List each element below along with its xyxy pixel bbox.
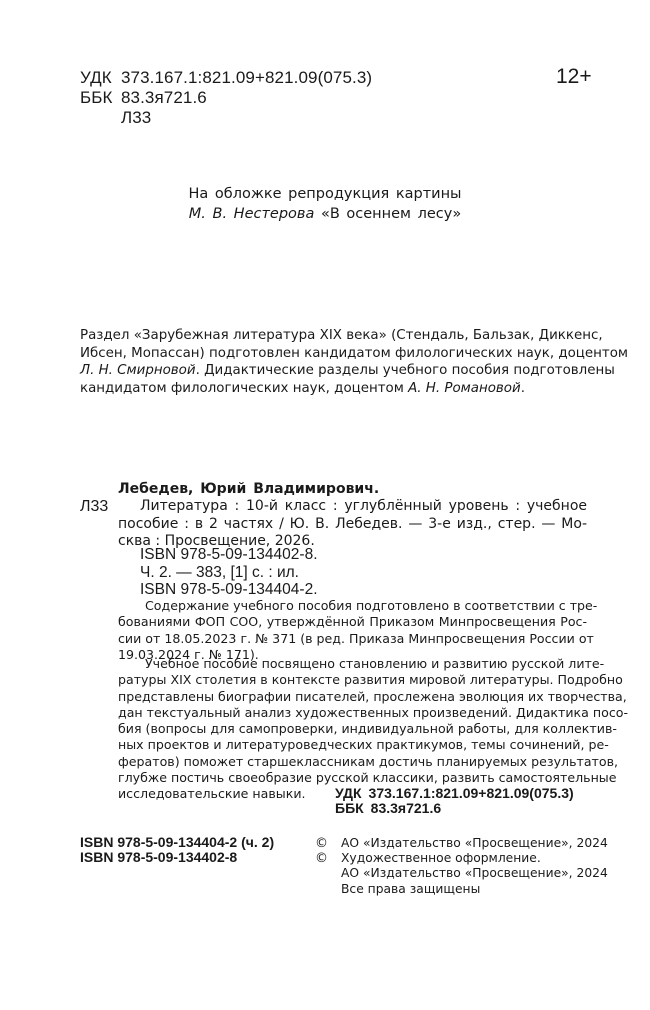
card-description-line: пособие : в 2 частях / Ю. В. Лебедев. — … [118,516,587,534]
card-udk-value: 373.167.1:821.09+821.09(075.3) [369,786,574,801]
copyright-block: ©АО «Издательство «Просвещение», 2024©Ху… [315,836,608,897]
card-description-line: Литература : 10-й класс : углублённый ур… [118,498,587,516]
card-description: Литература : 10-й класс : углублённый ур… [118,498,587,551]
classification-block: УДК 373.167.1:821.09+821.09(075.3) ББК 8… [80,68,372,128]
card-udk-row: УДК 373.167.1:821.09+821.09(075.3) [335,786,574,801]
card-udk-label: УДК [335,786,362,801]
card-annotation-summary: Учебное пособие посвящено становлению и … [118,656,587,803]
copyright-icon: © [315,851,341,866]
person-name: А. Н. Романовой [408,381,521,396]
painter-name: М. В. Нестерова [189,206,315,222]
copyright-text: АО «Издательство «Просвещение», 2024 [341,836,608,851]
credits-text: Раздел «Зарубежная литература XIX века» … [80,328,603,343]
copyright-row: ©АО «Издательство «Просвещение», 2024 [315,836,608,851]
copyright-row: Все права защищены [315,882,608,897]
annotation-line: ратуры XIX столетия в контексте развития… [118,672,587,688]
bbk-label: ББК [80,88,121,108]
isbn-line: ISBN 978-5-09-134404-2. [140,581,318,599]
credits-text: . [521,381,525,396]
footer-isbn-line: ISBN 978-5-09-134404-2 (ч. 2) [80,835,274,850]
author-mark-row: Л33 [80,108,372,128]
cover-note-painting-line: М. В. Нестерова «В осеннем лесу» [0,204,650,224]
card-annotation-standard: Содержание учебного пособия подготовлено… [118,598,587,663]
annotation-line: Учебное пособие посвящено становлению и … [118,656,587,672]
credits-paragraph: Раздел «Зарубежная литература XIX века» … [80,327,587,397]
card-isbn-block: ISBN 978-5-09-134402-8.Ч. 2. — 383, [1] … [140,546,318,599]
udk-row: УДК 373.167.1:821.09+821.09(075.3) [80,68,372,88]
annotation-line: дан текстуальный анализ художественных п… [118,705,587,721]
isbn-line: Ч. 2. — 383, [1] с. : ил. [140,564,318,582]
card-bbk-label: ББК [335,801,364,816]
copyright-text: АО «Издательство «Просвещение», 2024 [341,866,608,881]
credits-text: . Дидактические разделы учебного пособия… [196,363,615,378]
copyright-row: АО «Издательство «Просвещение», 2024 [315,866,608,881]
age-rating: 12+ [556,65,592,89]
credits-text: Ибсен, Мопассан) подготовлен кандидатом … [80,346,628,361]
bbk-value: 83.3я721.6 [121,88,207,108]
copyright-text: Все права защищены [341,882,480,897]
isbn-line: ISBN 978-5-09-134402-8. [140,546,318,564]
copyright-icon: © [315,836,341,851]
card-author: Лебедев, Юрий Владимирович. [118,480,379,498]
card-author-mark: Л33 [80,498,108,516]
udk-value: 373.167.1:821.09+821.09(075.3) [121,68,372,88]
copyright-text: Художественное оформление. [341,851,541,866]
annotation-line: Содержание учебного пособия подготовлено… [118,598,587,614]
credits-line: кандидатом филологических наук, доцентом… [80,380,587,398]
annotation-line: бия (вопросы для самопроверки, индивидуа… [118,721,587,737]
credits-line: Ибсен, Мопассан) подготовлен кандидатом … [80,345,587,363]
annotation-line: сии от 18.05.2023 г. № 371 (в ред. Прика… [118,631,587,647]
author-mark: Л33 [121,108,151,128]
cover-note: На обложке репродукция картины М. В. Нес… [0,184,650,224]
annotation-line: ных проектов и литературоведческих практ… [118,737,587,753]
footer-isbn-block: ISBN 978-5-09-134404-2 (ч. 2)ISBN 978-5-… [80,835,274,865]
cover-note-line: На обложке репродукция картины [0,184,650,204]
copyright-icon [315,866,341,881]
card-bbk-row: ББК 83.3я721.6 [335,801,574,816]
annotation-line: фератов) поможет старшеклассникам достич… [118,754,587,770]
credits-line: Раздел «Зарубежная литература XIX века» … [80,327,587,345]
credits-text: кандидатом филологических наук, доцентом [80,381,408,396]
person-name: Л. Н. Смирновой [80,363,196,378]
annotation-line: представлены биографии писателей, просле… [118,689,587,705]
card-classification: УДК 373.167.1:821.09+821.09(075.3) ББК 8… [335,786,574,816]
annotation-line: глубже постичь своеобразие русской класс… [118,770,587,786]
annotation-line: бованиями ФОП СОО, утверждённой Приказом… [118,614,587,630]
udk-label: УДК [80,68,121,88]
card-bbk-value: 83.3я721.6 [371,801,441,816]
copyright-icon [315,882,341,897]
credits-line: Л. Н. Смирновой. Дидактические разделы у… [80,362,587,380]
copyright-row: ©Художественное оформление. [315,851,608,866]
bbk-row: ББК 83.3я721.6 [80,88,372,108]
footer-isbn-line: ISBN 978-5-09-134402-8 [80,850,274,865]
painting-title: «В осеннем лесу» [321,206,461,222]
